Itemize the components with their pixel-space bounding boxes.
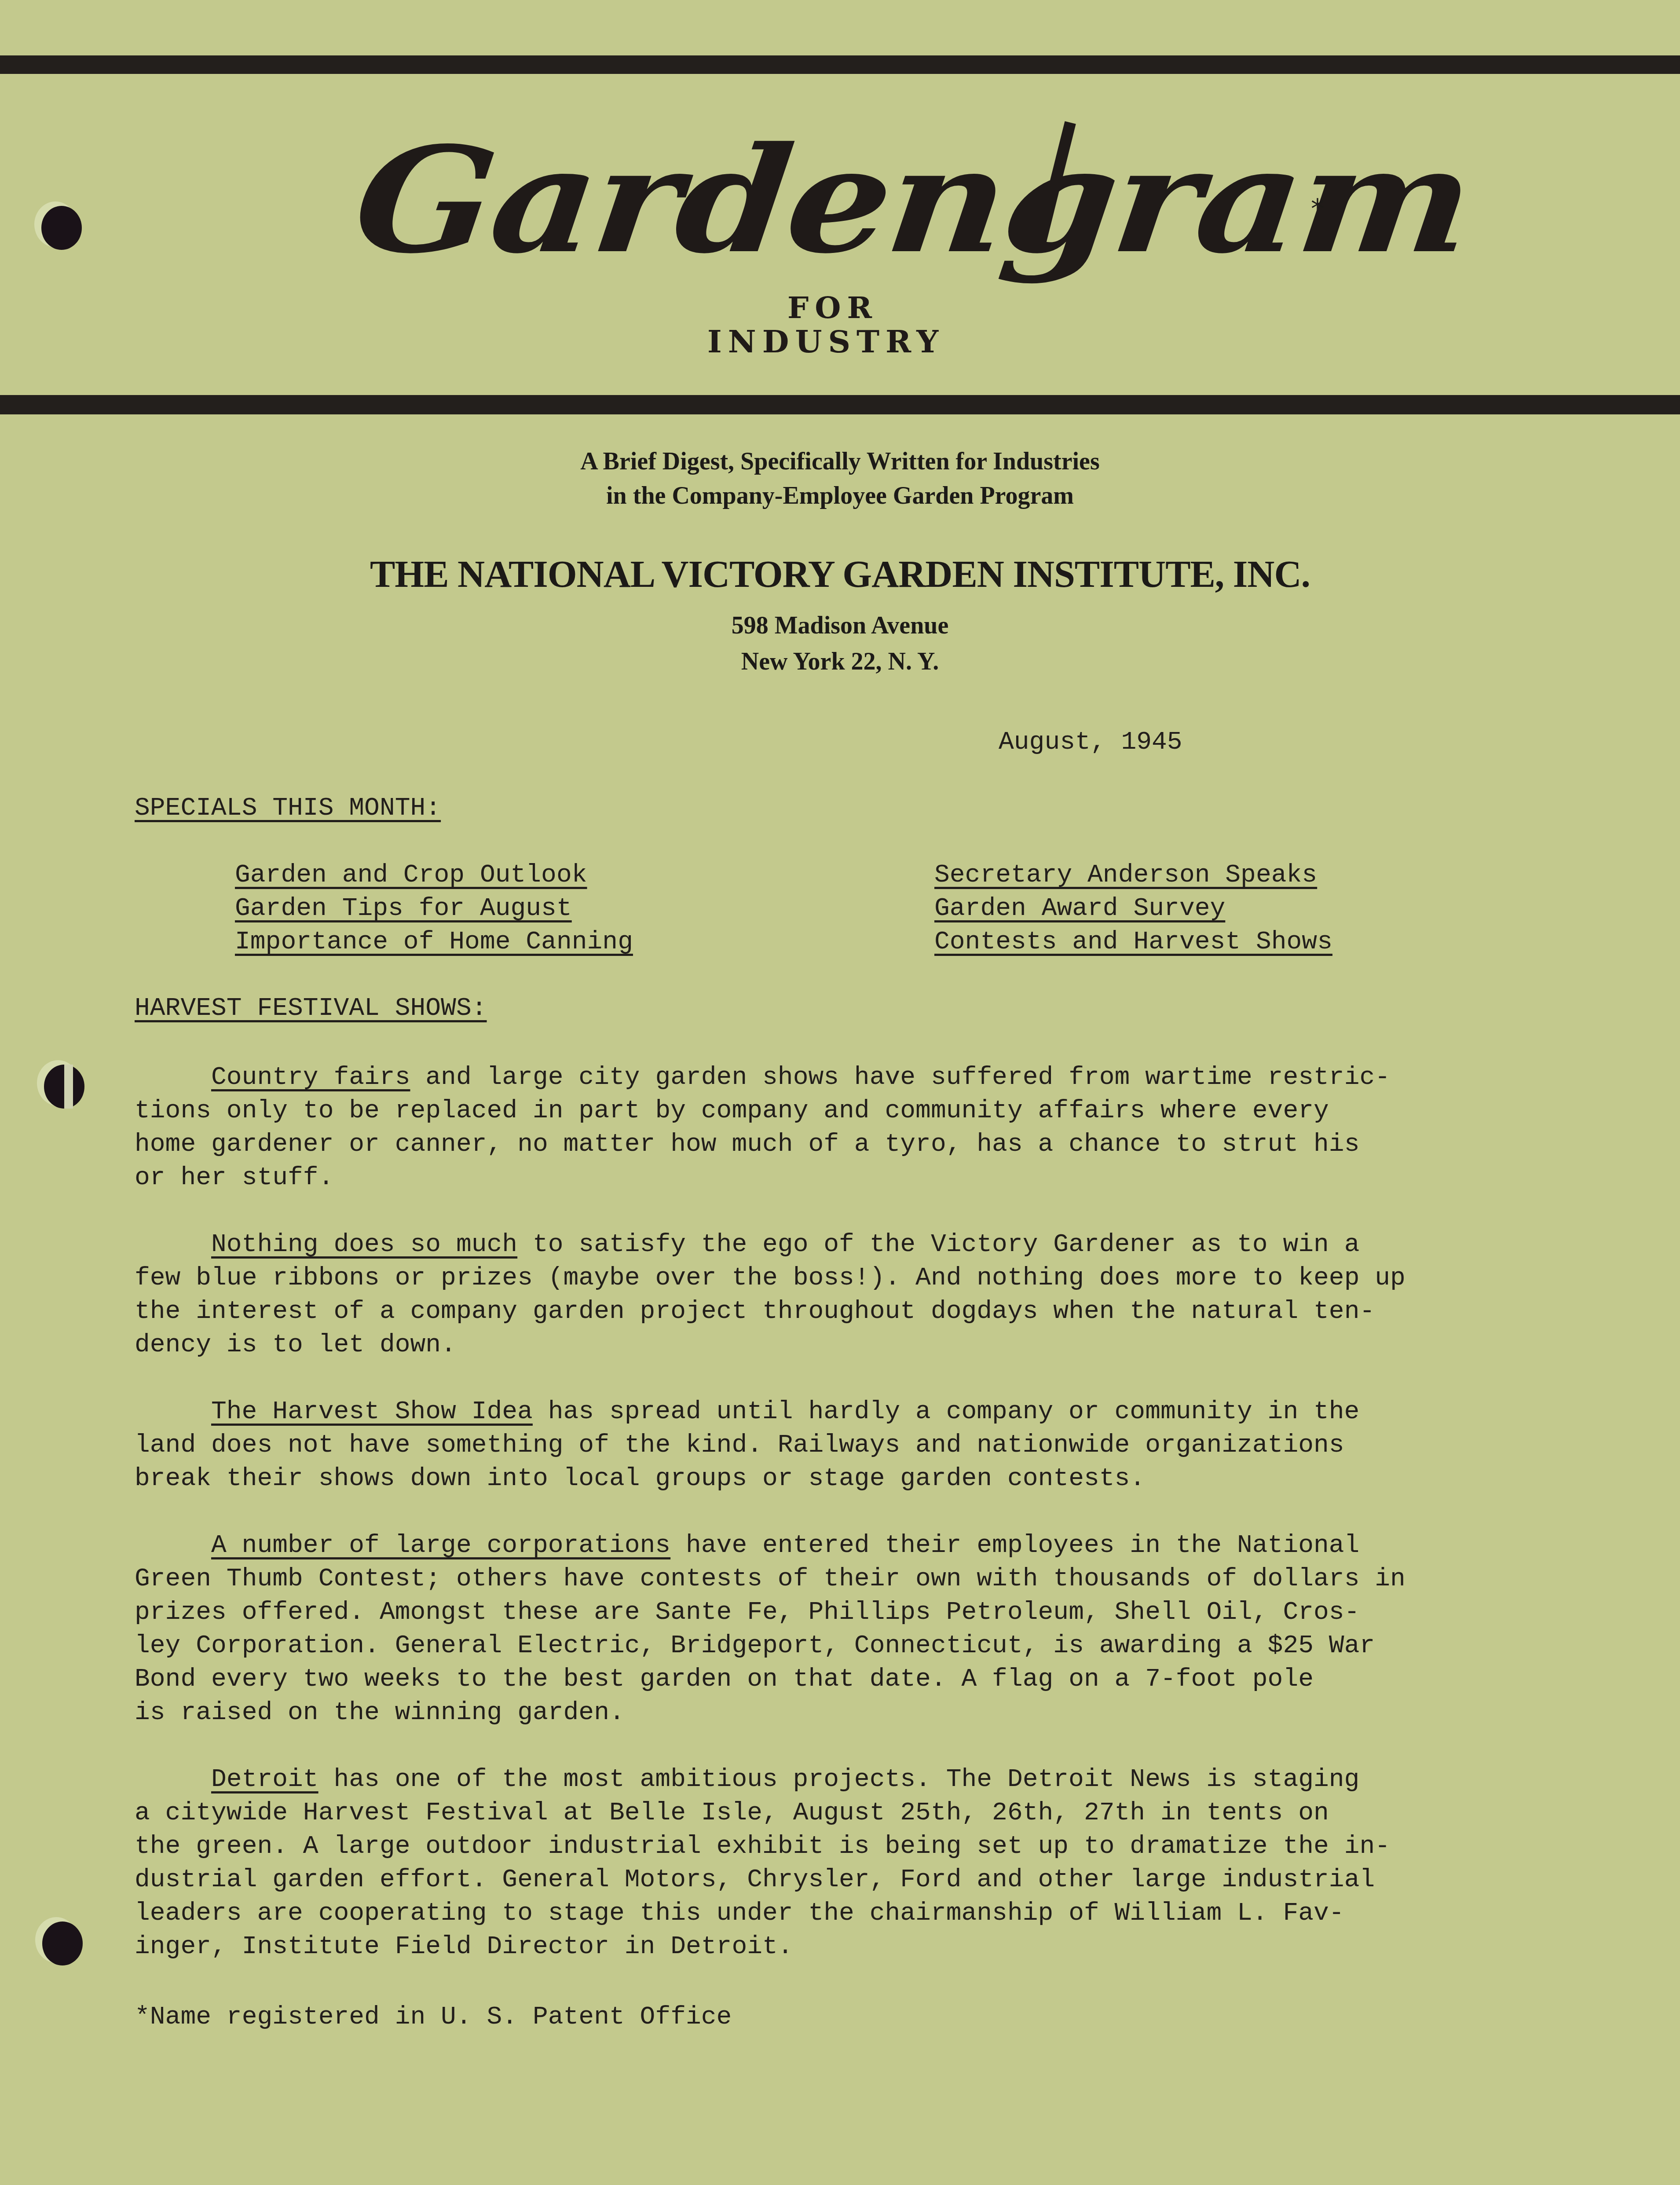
paragraph-lead: The Harvest Show Idea: [211, 1398, 533, 1426]
paragraph: Nothing does so much to satisfy the ego …: [135, 1228, 1564, 1362]
paragraph-lead: A number of large corporations: [211, 1531, 670, 1560]
masthead-industry: INDUSTRY: [707, 323, 944, 360]
paragraph: Country fairs and large city garden show…: [135, 1061, 1564, 1195]
punch-hole-icon: [41, 206, 82, 250]
paragraph: Detroit has one of the most ambitious pr…: [135, 1763, 1564, 1964]
specials-list: Garden and Crop Outlook Secretary Anders…: [235, 859, 1643, 959]
special-item: Contests and Harvest Shows: [934, 928, 1332, 956]
bottom-rule: [0, 395, 1680, 414]
address-line-2: New York 22, N. Y.: [0, 648, 1680, 676]
special-item: Importance of Home Canning: [235, 928, 633, 956]
special-item: Garden Tips for August: [235, 894, 572, 923]
paragraph-lead: Country fairs: [211, 1063, 410, 1092]
specials-heading: SPECIALS THIS MONTH:: [135, 792, 441, 825]
article-body: Country fairs and large city garden show…: [135, 1061, 1564, 1997]
top-rule: [0, 55, 1680, 74]
address-line-1: 598 Madison Avenue: [0, 611, 1680, 640]
issue-date: August, 1945: [999, 726, 1182, 759]
footnote: *Name registered in U. S. Patent Office: [135, 2001, 732, 2034]
masthead: Gardengram *: [365, 110, 1333, 295]
special-item: Garden and Crop Outlook: [235, 861, 587, 889]
punch-hole-icon: [44, 1065, 84, 1109]
logo-wordmark: Gardengram: [348, 128, 1478, 273]
tagline-line-2: in the Company-Employee Garden Program: [0, 479, 1680, 513]
paragraph: A number of large corporations have ente…: [135, 1529, 1564, 1730]
organization-name: THE NATIONAL VICTORY GARDEN INSTITUTE, I…: [0, 552, 1680, 596]
paragraph: The Harvest Show Idea has spread until h…: [135, 1395, 1564, 1496]
trademark-asterisk: *: [1311, 194, 1324, 224]
harvest-heading: HARVEST FESTIVAL SHOWS:: [135, 992, 487, 1025]
paragraph-lead: Nothing does so much: [211, 1230, 517, 1259]
tagline-line-1: A Brief Digest, Specifically Written for…: [0, 444, 1680, 479]
punch-hole-icon: [42, 1921, 83, 1965]
special-item: Secretary Anderson Speaks: [934, 861, 1317, 889]
paragraph-text: have entered their employees in the Nati…: [135, 1531, 1405, 1727]
tagline: A Brief Digest, Specifically Written for…: [0, 444, 1680, 513]
masthead-for: FOR: [787, 290, 878, 326]
paragraph-text: has one of the most ambitious projects. …: [135, 1765, 1390, 1961]
paragraph-lead: Detroit: [211, 1765, 318, 1794]
special-item: Garden Award Survey: [934, 894, 1225, 923]
